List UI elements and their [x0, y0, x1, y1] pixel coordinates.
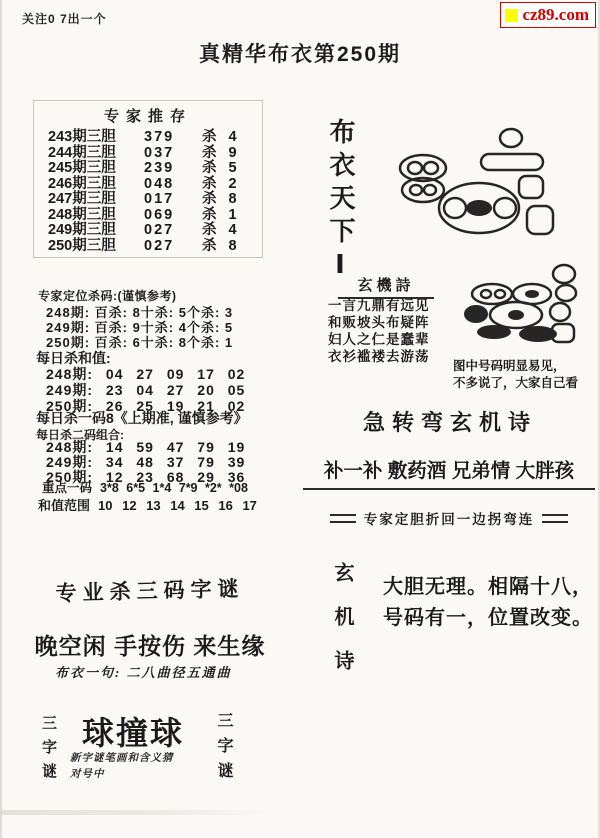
buyi-tianxia-vertical-title: 布衣天下Ⅰ: [323, 118, 360, 287]
sum-range-label: 和值范围: [38, 498, 90, 513]
row-period: 245期三胆: [48, 161, 144, 177]
row-kill: 杀 2: [202, 177, 262, 193]
sharp-turn-title: 急转弯玄机诗: [305, 406, 595, 437]
row-period: 246期三胆: [48, 177, 144, 193]
three-char-note: 新字谜笔画和含义猜: [70, 750, 174, 765]
top-note: 关注0 7出一个: [22, 10, 107, 27]
doodle-note-line: 不多说了，大家自己看: [453, 373, 578, 391]
row-dan: 027: [144, 223, 202, 239]
three-code-riddle-title: 专业杀三码字谜: [30, 572, 271, 608]
row-period: 248期三胆: [48, 208, 144, 224]
number-doodle-icon: [393, 126, 565, 244]
xuanji-vertical-label: 玄机诗: [328, 562, 357, 694]
site-logo[interactable]: cz89.com: [500, 2, 596, 28]
three-char-answer: 球撞球: [82, 708, 184, 754]
left-edge-shadow: [0, 0, 2, 838]
row-dan: 379: [144, 130, 202, 146]
number-doodle-icon: [460, 258, 590, 348]
double-dash-icon: [542, 514, 568, 523]
sum-range-value: 10 12 13 14 15 16 17: [98, 498, 257, 513]
logo-text: cz89.com: [522, 5, 589, 25]
row-dan: 069: [144, 208, 202, 224]
sharp-turn-subline: 专家定胆折回一边拐弯连: [303, 508, 595, 528]
logo-square-icon: [505, 9, 518, 22]
sharp-turn-subline-text: 专家定胆折回一边拐弯连: [364, 508, 535, 528]
row-kill: 杀 1: [202, 208, 262, 224]
table-row: 249期三胆 027 杀 4: [34, 223, 262, 239]
xuanji-bottom-line: 号码有一，位置改变。: [383, 601, 593, 630]
xuanji-bottom-line: 大胆无理。相隔十八，: [383, 570, 593, 599]
xuanji-poem-line: 衣衫褴褛去游荡: [328, 345, 430, 365]
key-one-code-label: 重点一码: [42, 481, 92, 495]
page-title: 真精华布衣第250期: [0, 38, 600, 68]
three-code-riddle-text: 晚空闲 手按伤 来生缘: [22, 628, 278, 661]
row-kill: 杀 5: [202, 161, 262, 177]
table-row: 245期三胆 239 杀 5: [34, 161, 262, 177]
scanned-lottery-sheet: 关注0 7出一个 cz89.com 真精华布衣第250期 专家推存 243期三胆…: [0, 0, 600, 838]
row-period: 244期三胆: [48, 146, 144, 162]
sum-range-line: 和值范围10 12 13 14 15 16 17: [38, 495, 257, 514]
sharp-turn-clue: 补一补 敷药酒 兄弟情 大胖孩: [303, 455, 595, 490]
table-row: 246期三胆 048 杀 2: [34, 177, 262, 193]
table-row: 247期三胆 017 杀 8: [34, 192, 262, 208]
row-kill: 杀 8: [202, 239, 262, 255]
three-char-note: 对号中: [70, 766, 105, 781]
three-char-label-right: 三字谜: [212, 712, 235, 787]
double-dash-icon: [330, 514, 356, 523]
key-one-code-value: 3*8 6*5 1*4 7*9 *2* *08: [100, 481, 248, 495]
row-kill: 杀 4: [202, 223, 262, 239]
row-dan: 027: [144, 239, 202, 255]
doodle-note-line: 图中号码明显易见，: [453, 356, 566, 374]
row-period: 243期三胆: [48, 130, 144, 146]
table-row: 243期三胆 379 杀 4: [34, 130, 262, 146]
row-kill: 杀 9: [202, 146, 262, 162]
table-row: 250期三胆 027 杀 8: [34, 239, 262, 255]
row-period: 247期三胆: [48, 192, 144, 208]
row-dan: 037: [144, 146, 202, 162]
scan-smudge: [0, 810, 270, 815]
expert-recommend-title: 专家推存: [34, 105, 262, 126]
table-row: 244期三胆 037 杀 9: [34, 146, 262, 162]
table-row: 248期三胆 069 杀 1: [34, 208, 262, 224]
row-period: 249期三胆: [48, 223, 144, 239]
row-dan: 017: [144, 192, 202, 208]
row-dan: 239: [144, 161, 202, 177]
daily-kill-one-line: 每日杀一码8《上期准, 谨慎参考》: [36, 408, 248, 428]
expert-recommend-box: 专家推存 243期三胆 379 杀 4 244期三胆 037 杀 9 245期三…: [33, 100, 263, 258]
row-kill: 杀 4: [202, 130, 262, 146]
buyi-sentence: 布衣一句: 二八曲径五通曲: [55, 662, 232, 681]
three-char-label-left: 三字谜: [38, 715, 59, 787]
key-one-code-line: 重点一码3*8 6*5 1*4 7*9 *2* *08: [42, 478, 248, 496]
row-dan: 048: [144, 177, 202, 193]
row-kill: 杀 8: [202, 192, 262, 208]
row-period: 250期三胆: [48, 239, 144, 255]
